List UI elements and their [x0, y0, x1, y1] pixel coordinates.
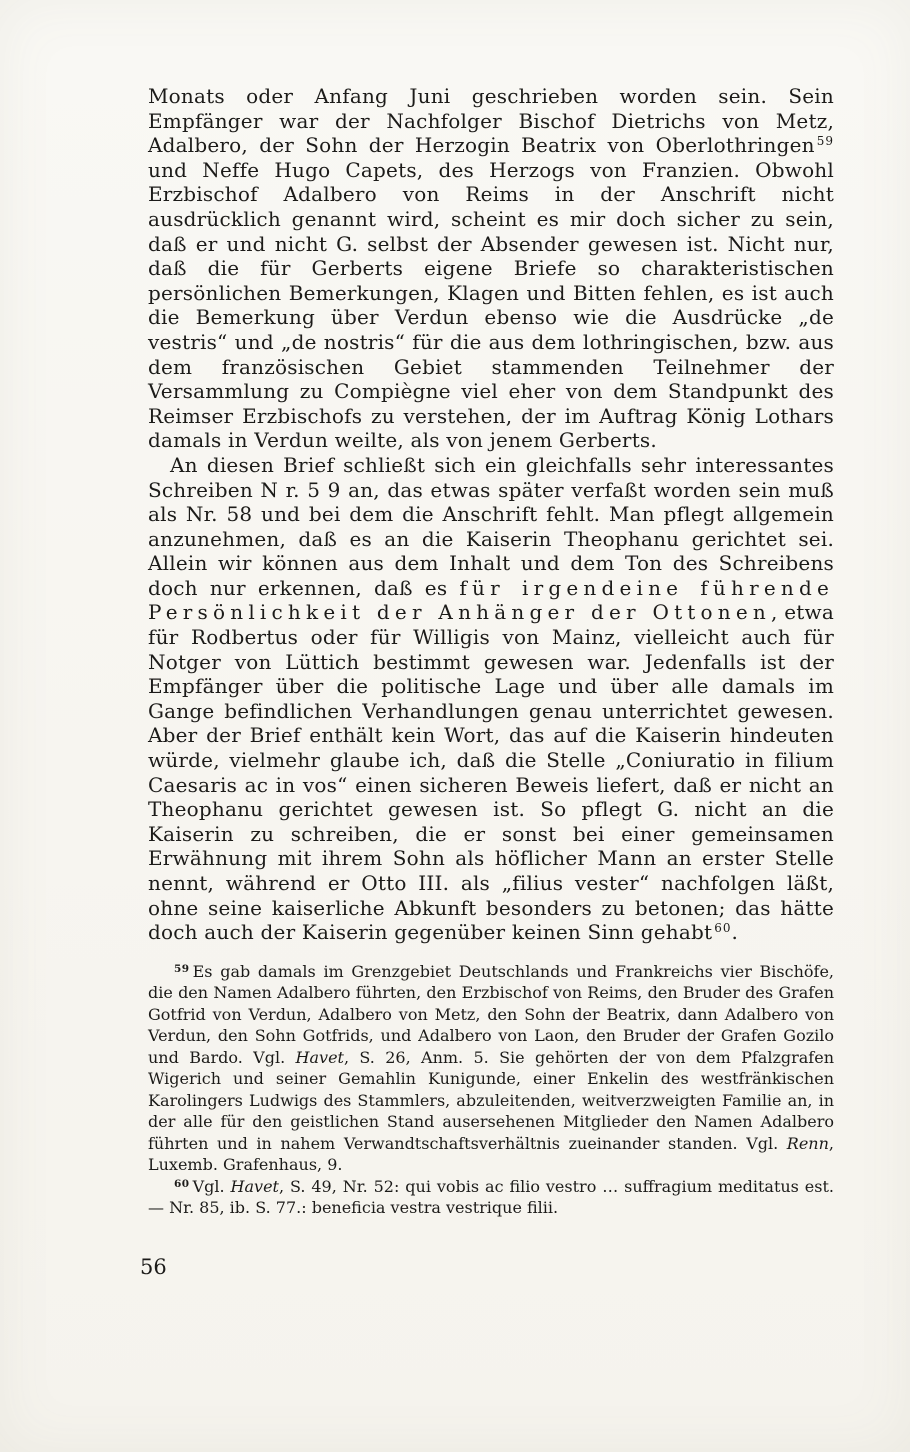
paragraph-2: An diesen Brief schließt sich ein gleich… [148, 453, 834, 945]
footnotes-section: 59Es gab damals im Grenzgebiet Deutschla… [148, 961, 834, 1219]
text-block: Monats oder Anfang Juni geschrieben word… [148, 84, 834, 1279]
footnote-ref-60: 60 [714, 921, 731, 935]
footnote-60-text: Vgl. [193, 1177, 231, 1196]
paragraph-2-text-continued: , etwa für Rodbertus oder für Willigis v… [148, 600, 834, 944]
paragraph-1-text: Monats oder Anfang Juni geschrieben word… [148, 84, 834, 157]
citation-havet: Havet [296, 1048, 344, 1067]
paragraph-2-text-end: . [732, 920, 739, 944]
footnote-59-marker: 59 [174, 963, 190, 975]
citation-havet-2: Havet [231, 1177, 279, 1196]
page-number: 56 [140, 1255, 834, 1279]
footnote-60: 60Vgl. Havet, S. 49, Nr. 52: qui vobis a… [148, 1176, 834, 1219]
footnote-60-marker: 60 [174, 1178, 190, 1190]
body-text: Monats oder Anfang Juni geschrieben word… [148, 84, 834, 945]
footnote-ref-59: 59 [817, 134, 834, 148]
paragraph-1-text-continued: und Neffe Hugo Capets, des Herzogs von F… [148, 158, 834, 453]
footnote-59: 59Es gab damals im Grenzgebiet Deutschla… [148, 961, 834, 1176]
paragraph-1: Monats oder Anfang Juni geschrieben word… [148, 84, 834, 453]
scanned-book-page: Monats oder Anfang Juni geschrieben word… [0, 0, 910, 1452]
citation-renn: Renn [787, 1134, 829, 1153]
